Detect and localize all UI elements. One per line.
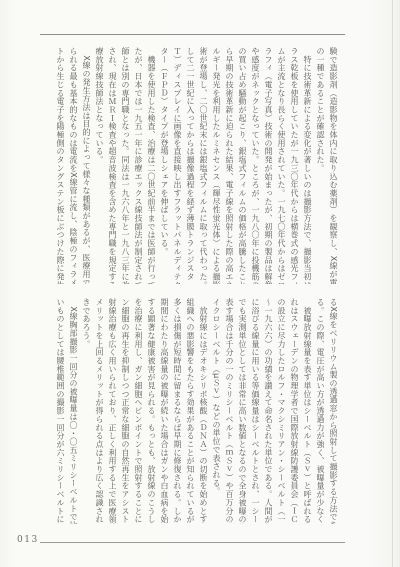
lower-text-column-19: メリットを上回るメリットが得られる点はより広く認識されるべ — [93, 298, 106, 524]
footer-rule — [40, 542, 345, 543]
upper-text-column-9: ら早期の技術革新に迫られた結果、電子線を照射した際の高エネ — [223, 47, 236, 284]
lower-text-column-1: るX線をベリリウム製の透過窓から照射して撮影する方法であ — [327, 298, 340, 524]
lower-text-column-11: 放射線にはデオキシリボ核酸（ＤＮＡ）の切断を始めとする生体 — [197, 298, 210, 524]
lower-text-column-18: 射線治療も広く用いられており、正しく利用する上で医療領域のデ — [106, 298, 119, 524]
upper-text-column-2: の一種であることが確認された。 — [314, 47, 327, 284]
upper-text-column-15: 機器を使用した検査、治療は二〇世紀前半までは医師が行ってい — [145, 47, 158, 284]
upper-text-column-1: 験で造影剤（造影物を体内に取り込む薬剤）を観察し、X線が電磁波 — [327, 47, 340, 284]
lower-text-column-21: X線胸部撮影一回分の被曝量は〇・〇五ミリシーベルトで比較的低 — [67, 298, 80, 524]
upper-text-column-10: ルギー発光を利用したルミネセンス（輝尽性蛍光体）による撮影技 — [210, 47, 223, 284]
upper-text-column-18: され、現在はＭＲＩ検査や超音波検査を含めた専門職を規定する診 — [106, 47, 119, 284]
lower-text-column-15: する顕著な健康被害が見られる。もっとも、放射線のこうした特性 — [145, 298, 158, 524]
upper-text-column-7: や感度がネックとなっていた。ところが、一九八〇年に投機筋の銀 — [249, 47, 262, 284]
lower-text-column-22: いものとしては腰椎範囲の撮影一回分が六ミリシーベルトに及ぶが — [54, 298, 67, 524]
upper-text-column-14: ター（ＦＰＤ）タイプが登場しシェアを伸ばしている。 — [158, 47, 171, 284]
lower-text-column-9: 表す場合は千分の一のミリシーベルト（ｍＳｖ）や百万分の一のマ — [223, 298, 236, 524]
lower-text-column-6: 〜一九六六）の功績を讃えて命名された単位である。人間が恒常的 — [262, 298, 275, 524]
upper-text-column-11: 術が登場し、二〇世紀末には銀塩式フィルムに取って代わった。そ — [197, 47, 210, 284]
lower-text-column-13: 多くは損傷が短時間に留まるならば早期に修復される。しかし、長 — [171, 298, 184, 524]
lower-text-column-4: れはスウェーデンの物理学者で国際放射線防護委員会（ＩＣＲＰ） — [288, 298, 301, 524]
lower-text-column-17: ン細胞の再生を抑制しつつ正常な細胞の自然再生をアシストする放 — [119, 298, 132, 524]
page-number: 013 — [17, 535, 39, 545]
lower-text-column-7: に浴びる線量に用いる等価線量はシーベルトとされ、一シーベルト — [249, 298, 262, 524]
upper-text-column-12: して二一世紀に入ってからは撮像過程を経ず薄膜トランジスタ（ＴＦ — [184, 47, 197, 284]
lower-text-column-3: 被曝放射線量を表す単位はシーベルト（Ｓｖ）と呼ばれるが、こ — [301, 298, 314, 524]
lower-text-column-10: イクロシーベルト（μＳｖ）などの単位で表される。 — [210, 298, 223, 524]
upper-text-column-22: トから生じる電子を陽極側のタングステン板にぶつけた際に発生す — [54, 47, 67, 284]
header-rule — [40, 34, 345, 35]
lower-text-column-20: きであろう。 — [80, 298, 93, 524]
upper-text-column-19: 療放射線技師法となっている。 — [93, 47, 106, 284]
upper-text-column-17: 師とは別の専門職となった。同法は一九六八年と一九八三年に改正 — [119, 47, 132, 284]
upper-text-column-6: ラフィ（電子写真）技術の開発が始まったが、初期の製品は解像度 — [262, 47, 275, 284]
lower-text-column-16: を治療に利用し、ガン細胞へピンポイントで照射することによりガ — [132, 298, 145, 524]
upper-text-column-8: の買い占め騒動が起こり、銀塩式フィルムの価格が高騰したことか — [236, 47, 249, 284]
upper-text-column-5: ムが主流となり長らく使用されていた。一九七〇年代からはゼログ — [275, 47, 288, 284]
upper-text-column-16: たが、日本では一九五一年に診療エックス線技師法が制定されて医 — [132, 47, 145, 284]
lower-text-column-8: でも実測単位としては非常に高い数値となるので全身被曝の範囲を — [236, 298, 249, 524]
upper-text-column-13: Ｔ）ディスプレイに画像を直接映し出すフラットパネルディテク — [171, 47, 184, 284]
lower-text-column-14: 期間にわたり高線量の被曝が続いた場合はガンや白血病を始めと — [158, 298, 171, 524]
scanned-book-page: 験で造影剤（造影物を体内に取り込む薬剤）を観察し、X線が電磁波の一種であることが… — [0, 0, 400, 567]
text-block-upper: 験で造影剤（造影物を体内に取り込む薬剤）を観察し、X線が電磁波の一種であることが… — [53, 47, 340, 284]
upper-text-column-20: X線の発生方法は目的によって様々な種類があるが、医療用で用い — [80, 47, 93, 284]
lower-text-column-12: 組織への悪影響をもたらす効果があることが知られているが、その — [184, 298, 197, 524]
upper-text-column-21: られる最も基本的なものは電流をX線管に流し、陰極のフィラメン — [67, 47, 80, 284]
upper-text-column-3: 特に技術革新による変化が著しいのは撮影方法で、撮影当初はガ — [301, 47, 314, 284]
lower-text-column-2: る。この際、電圧が高い方が透過力が強く、被曝量が少なくなる。 — [314, 298, 327, 524]
lower-text-column-5: の設立に尽力したロルフ・マクシミリアン・シーベルト（一八九六 — [275, 298, 288, 524]
text-block-lower: るX線をベリリウム製の透過窓から照射して撮影する方法である。この際、電圧が高い方… — [53, 298, 340, 524]
upper-text-column-4: ラス乾板を使用していたが一九三〇年代からは横巻式の感光フィル — [288, 47, 301, 284]
scan-edge-line — [392, 0, 393, 567]
